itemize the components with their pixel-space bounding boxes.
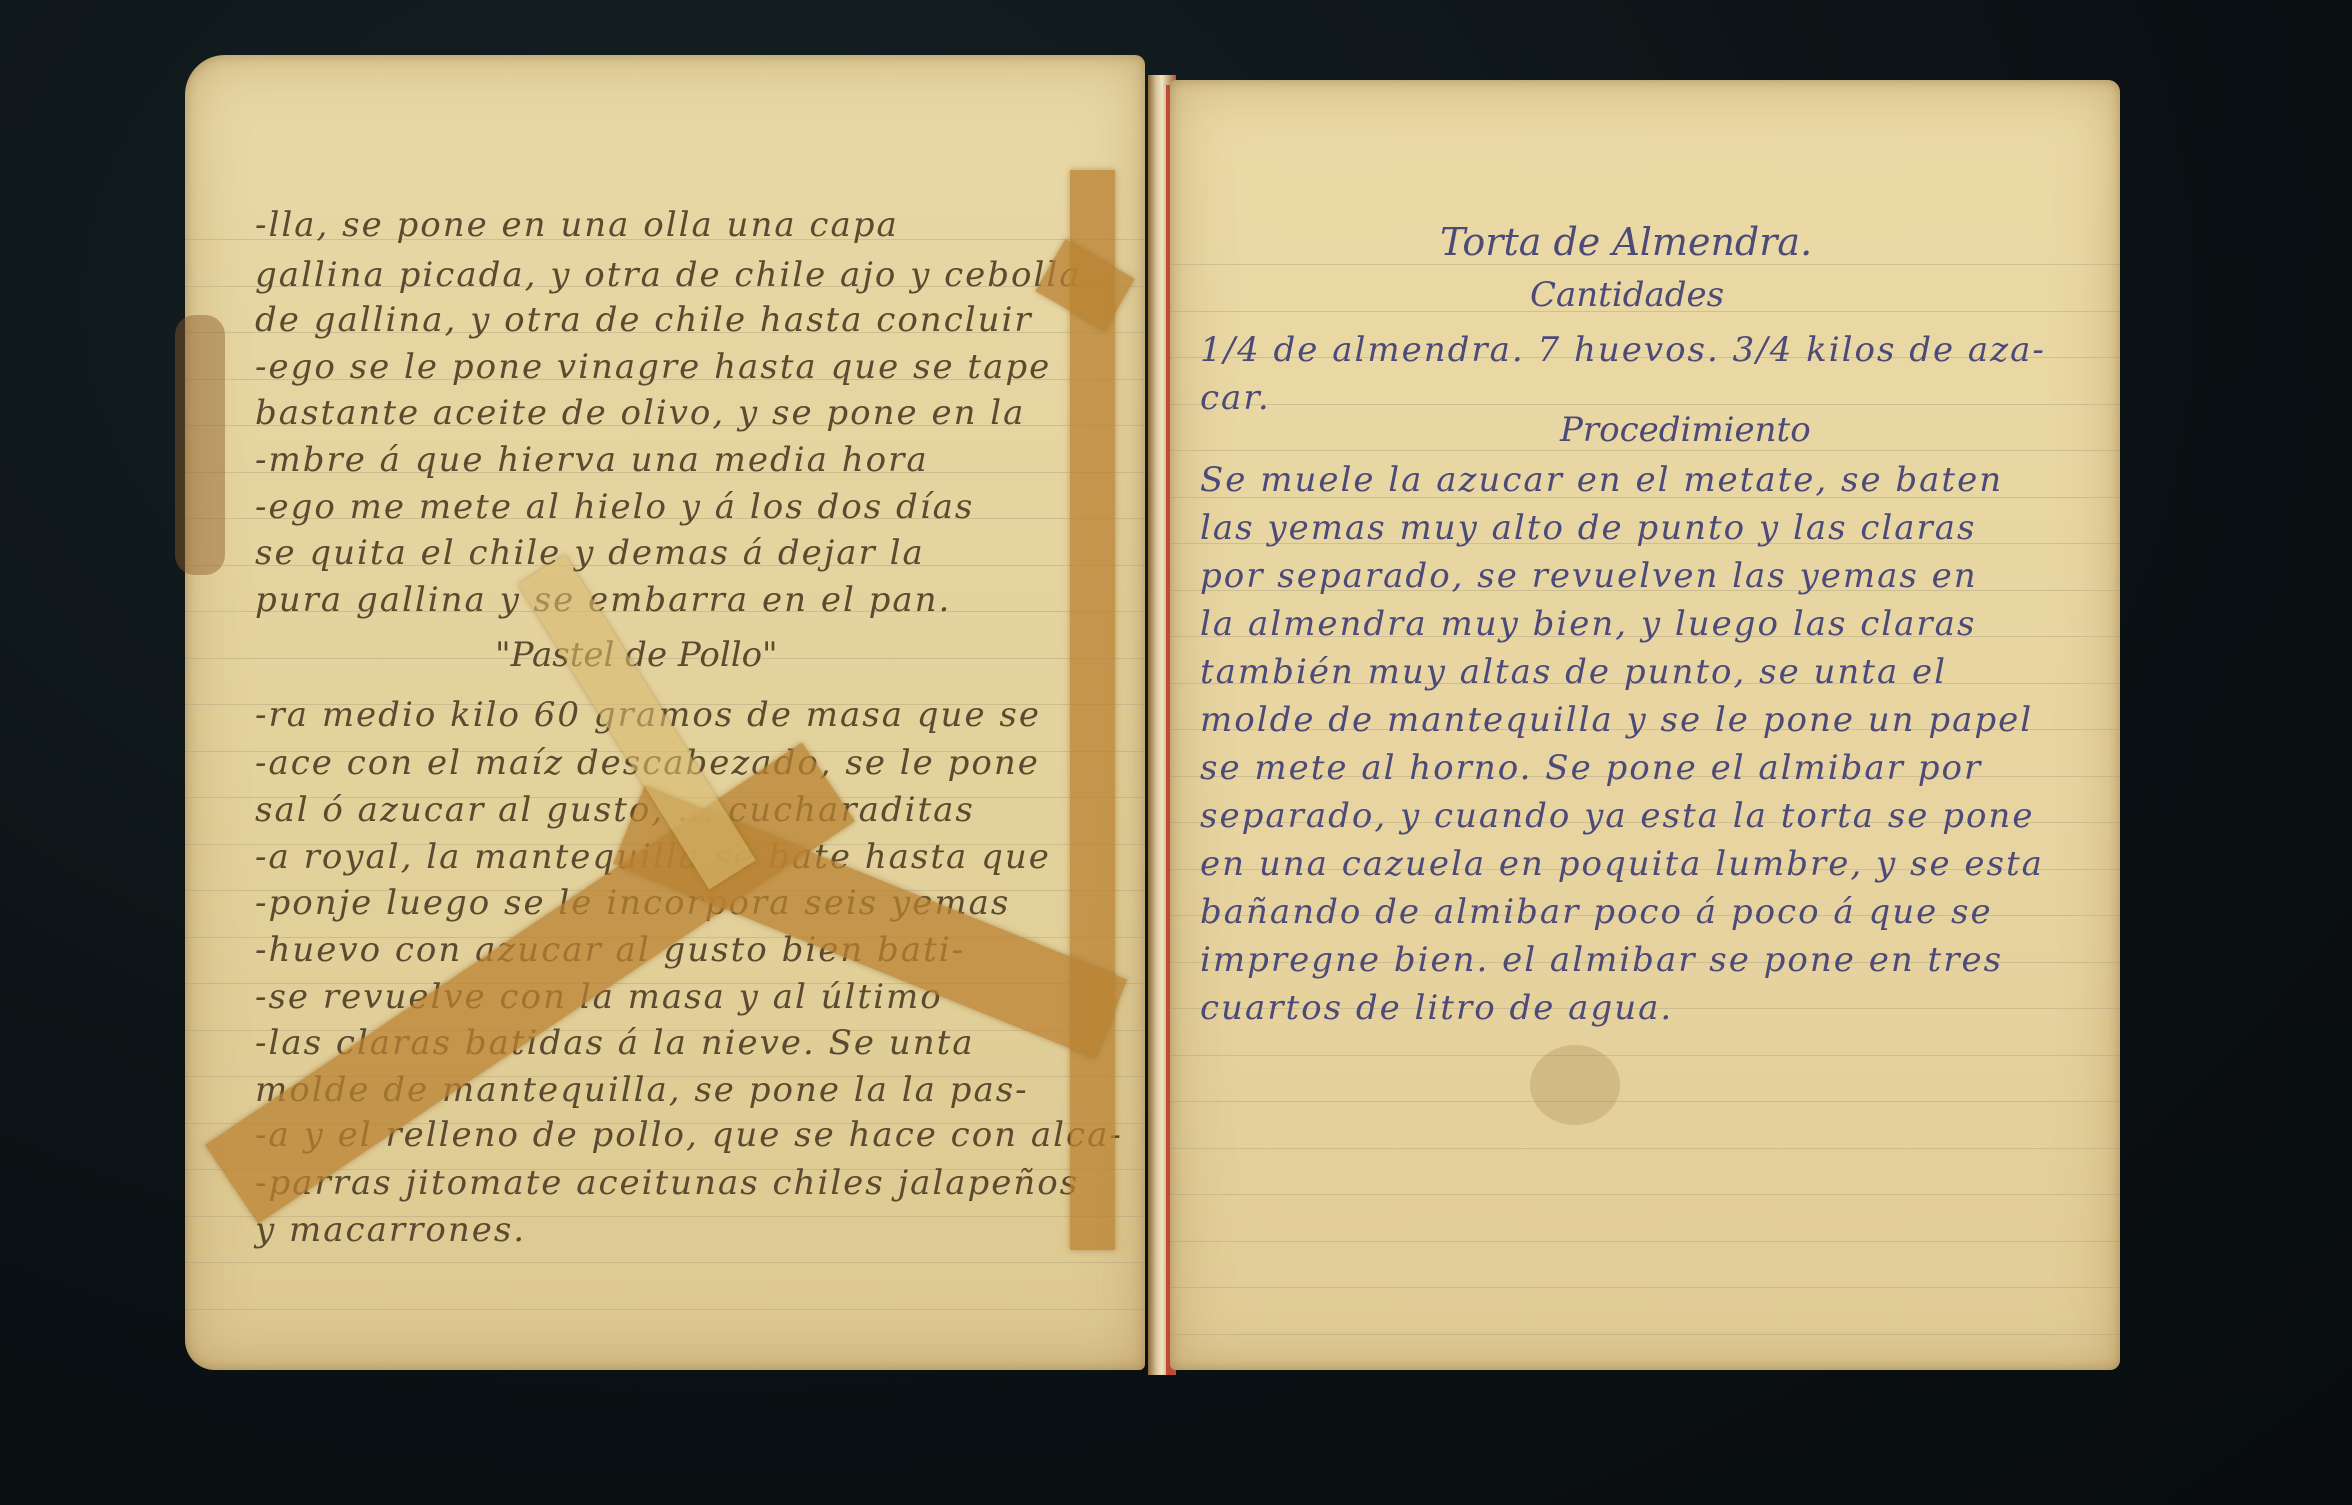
- ruled-line: [1170, 1334, 2120, 1335]
- procedure-heading: Procedimiento: [1560, 410, 1811, 450]
- ruled-line: [1170, 1194, 2120, 1195]
- left-line-20: -parras jitomate aceitunas chiles jalape…: [255, 1163, 1079, 1203]
- ruled-line: [1170, 404, 2120, 405]
- recipe-title-torta-de-almendra: Torta de Almendra.: [1440, 220, 1812, 264]
- procedure-line-4: la almendra muy bien, y luego las claras: [1200, 604, 1976, 644]
- ruled-line: [1170, 1287, 2120, 1288]
- ruled-line: [1170, 1055, 2120, 1056]
- tape-small-top: [1035, 239, 1134, 331]
- left-line-9: pura gallina y se embarra en el pan.: [255, 580, 951, 620]
- ruled-line: [1170, 1101, 2120, 1102]
- ruled-line: [1170, 1241, 2120, 1242]
- procedure-line-8: separado, y cuando ya esta la torta se p…: [1200, 796, 2034, 836]
- left-line-12: sal ó azucar al gusto, ... cucharaditas: [255, 790, 975, 830]
- procedure-line-9: en una cazuela en poquita lumbre, y se e…: [1200, 844, 2044, 884]
- left-line-7: -ego me mete al hielo y á los dos días: [255, 487, 974, 527]
- procedure-line-2: las yemas muy alto de punto y las claras: [1200, 508, 1977, 548]
- ruled-line: [1170, 450, 2120, 451]
- left-line-1: -lla, se pone en una olla una capa: [255, 205, 899, 245]
- procedure-line-5: también muy altas de punto, se unta el: [1200, 652, 1947, 692]
- ruled-line: [1170, 264, 2120, 265]
- procedure-line-3: por separado, se revuelven las yemas en: [1200, 556, 1978, 596]
- left-line-2: gallina picada, y otra de chile ajo y ce…: [255, 255, 1082, 295]
- procedure-line-7: se mete al horno. Se pone el almibar por: [1200, 748, 1982, 788]
- paper-stain: [1530, 1045, 1620, 1125]
- left-line-3: de gallina, y otra de chile hasta conclu…: [255, 300, 1033, 340]
- ruled-line: [185, 1262, 1145, 1263]
- procedure-line-12: cuartos de litro de agua.: [1200, 988, 1673, 1028]
- left-page: -lla, se pone en una olla una capa galli…: [185, 55, 1145, 1370]
- quantities-heading: Cantidades: [1530, 275, 1724, 315]
- left-line-21: y macarrones.: [255, 1210, 526, 1250]
- left-edge-stain: [175, 315, 225, 575]
- quantities-line-2: car.: [1200, 378, 1271, 418]
- procedure-line-6: molde de mantequilla y se le pone un pap…: [1200, 700, 2033, 740]
- tape-vertical-right-edge: [1070, 170, 1115, 1250]
- procedure-line-10: bañando de almibar poco á poco á que se: [1200, 892, 1993, 932]
- ruled-line: [185, 1309, 1145, 1310]
- procedure-line-11: impregne bien. el almibar se pone en tre…: [1200, 940, 2003, 980]
- quantities-line-1: 1/4 de almendra. 7 huevos. 3/4 kilos de …: [1200, 330, 2046, 370]
- procedure-line-1: Se muele la azucar en el metate, se bate…: [1200, 460, 2003, 500]
- right-page: Torta de Almendra. Cantidades 1/4 de alm…: [1170, 80, 2120, 1370]
- left-line-6: -mbre á que hierva una media hora: [255, 440, 929, 480]
- left-line-5: bastante aceite de olivo, y se pone en l…: [255, 393, 1025, 433]
- left-line-4: -ego se le pone vinagre hasta que se tap…: [255, 347, 1051, 387]
- left-line-8: se quita el chile y demas á dejar la: [255, 533, 925, 573]
- ruled-line: [1170, 1148, 2120, 1149]
